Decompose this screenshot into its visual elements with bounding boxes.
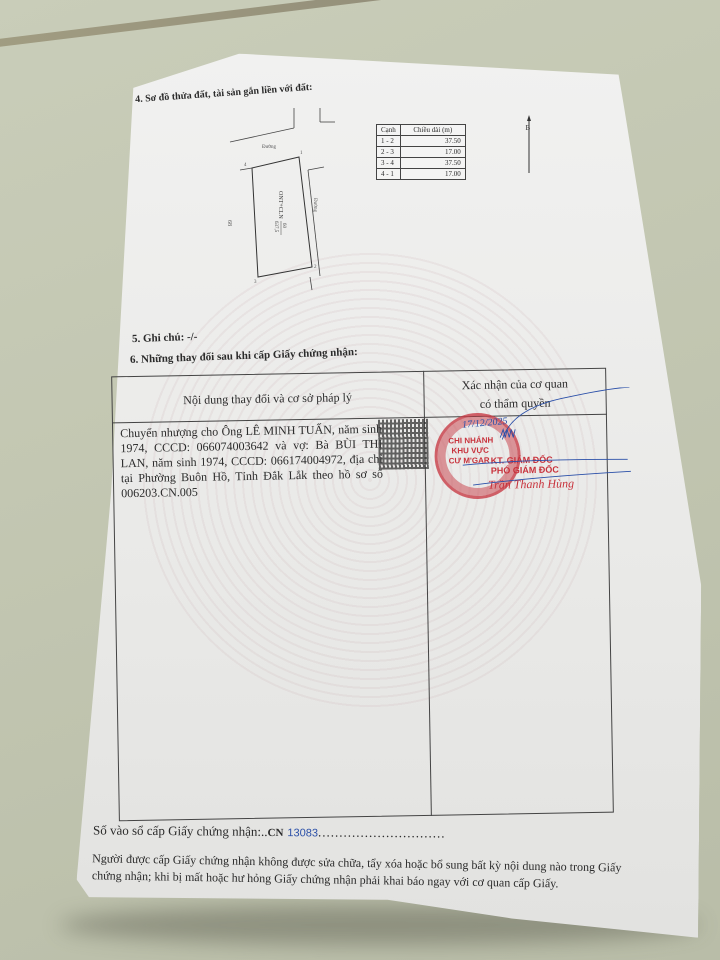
length-cell: 17.00 bbox=[400, 169, 465, 180]
registration-number: 13083 bbox=[287, 827, 318, 839]
edge-cell: 1 - 2 bbox=[377, 136, 401, 147]
edge-cell: 4 - 1 bbox=[377, 169, 401, 180]
svg-text:637,5: 637,5 bbox=[273, 221, 278, 233]
road-label-top: Đường bbox=[262, 145, 276, 150]
floor-tile-seam bbox=[0, 0, 720, 48]
svg-text:2: 2 bbox=[314, 265, 317, 270]
changes-table: Nội dung thay đổi và cơ sở pháp lý Xác n… bbox=[111, 368, 614, 822]
registration-number-line: Số vào sổ cấp Giấy chứng nhận:..CN13083.… bbox=[93, 822, 446, 841]
registration-label: Số vào sổ cấp Giấy chứng nhận:.. bbox=[93, 822, 268, 839]
svg-text:60: 60 bbox=[281, 223, 286, 229]
north-arrow-icon: B bbox=[524, 115, 534, 175]
table-header-row: Cạnh Chiều dài (m) bbox=[377, 125, 466, 136]
change-entry-content: Chuyển nhượng cho Ông LÊ MINH TUẤN, năm … bbox=[120, 422, 383, 502]
svg-text:1: 1 bbox=[300, 151, 303, 156]
registration-prefix: CN bbox=[268, 827, 284, 839]
length-cell: 37.50 bbox=[400, 136, 465, 147]
edge-length-table: Cạnh Chiều dài (m) 1 - 2 37.50 2 - 3 17.… bbox=[376, 124, 466, 180]
qr-code-icon bbox=[378, 419, 429, 470]
parcel-label: ONT+CLN 60 637,5 bbox=[273, 191, 286, 235]
adjacent-parcel-label: 68 bbox=[226, 220, 232, 226]
section-5-notes: 5. Ghi chú: -/- bbox=[132, 331, 198, 345]
table-row: 3 - 4 37.50 bbox=[377, 158, 466, 169]
svg-text:3: 3 bbox=[254, 280, 257, 285]
length-cell: 17.00 bbox=[400, 147, 465, 158]
svg-text:B: B bbox=[526, 124, 531, 132]
table-row: 2 - 3 17.00 bbox=[377, 147, 466, 158]
column-header: Cạnh bbox=[377, 125, 401, 136]
edge-cell: 3 - 4 bbox=[377, 158, 401, 169]
dotted-leader: .............................. bbox=[318, 824, 446, 840]
road-label-right: Đường bbox=[312, 198, 317, 212]
length-cell: 37.50 bbox=[400, 158, 465, 169]
column-header: Chiều dài (m) bbox=[400, 125, 465, 136]
table-row: 4 - 1 17.00 bbox=[377, 169, 466, 180]
handwritten-signature bbox=[441, 387, 633, 500]
edge-cell: 2 - 3 bbox=[377, 147, 401, 158]
table-row: 1 - 2 37.50 bbox=[377, 136, 466, 147]
parcel-sketch: Đường 4 1 2 3 68 Đường ONT+CLN 60 637,5 bbox=[200, 100, 360, 290]
svg-text:4: 4 bbox=[244, 163, 247, 168]
svg-text:ONT+CLN: ONT+CLN bbox=[277, 191, 283, 219]
